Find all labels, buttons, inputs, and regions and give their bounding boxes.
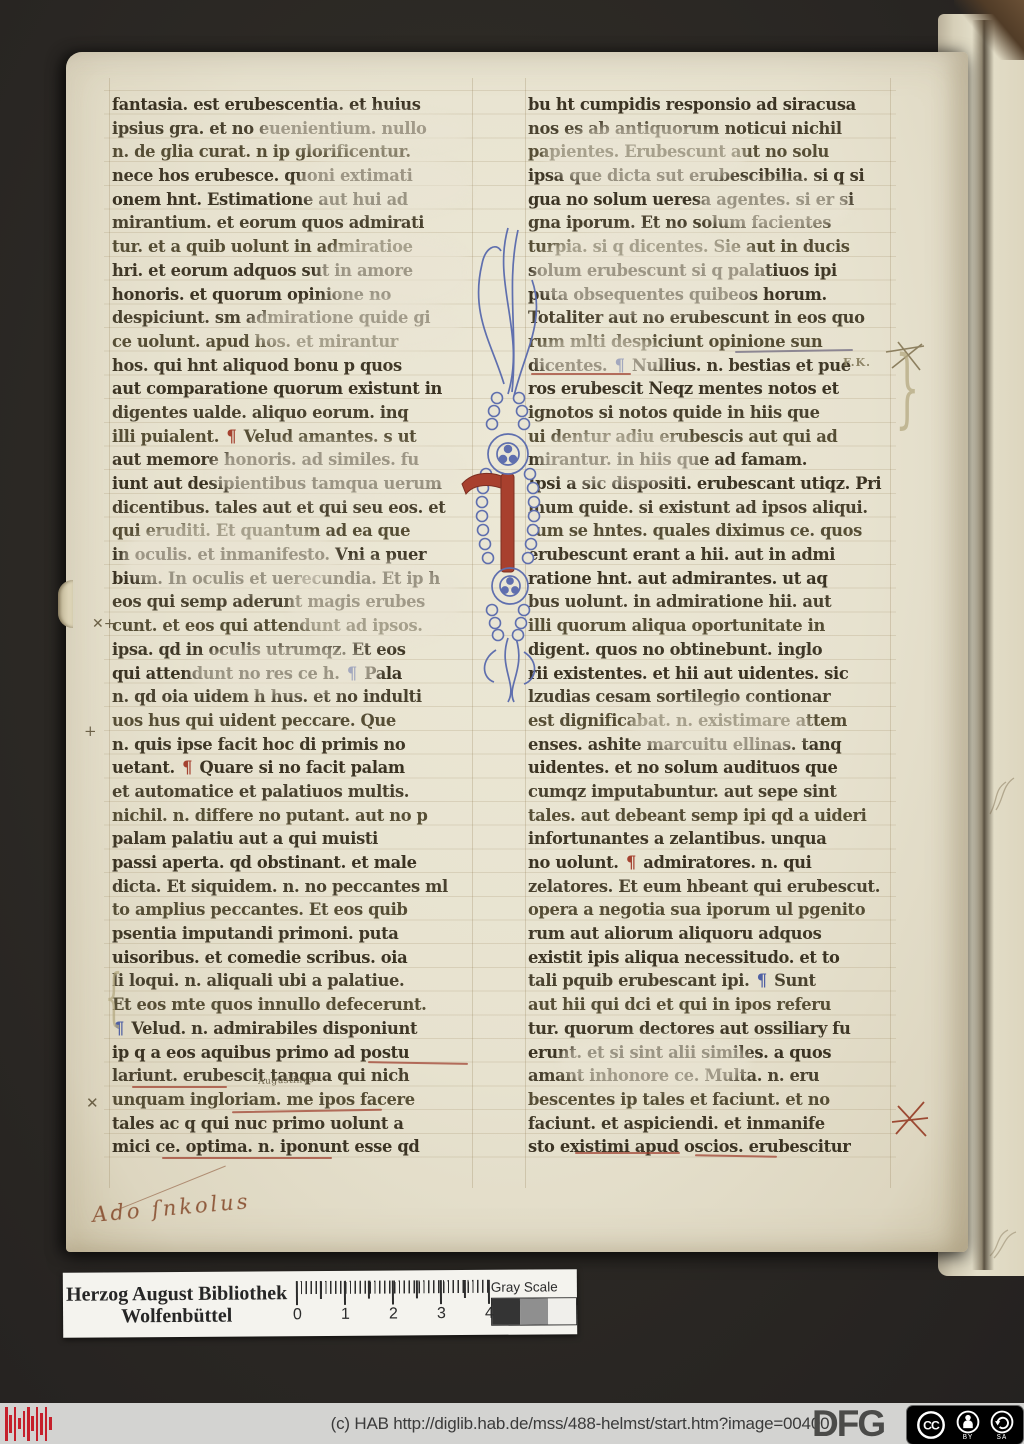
gutter-crease bbox=[972, 20, 994, 1270]
manuscript-line: despiciunt. sm admiratione quide gi bbox=[112, 306, 476, 330]
manuscript-line: qui attendunt no res ce h. ¶ Pala bbox=[112, 662, 476, 686]
manuscript-line: ui dentur adiu erubescis aut qui ad bbox=[528, 425, 892, 449]
capitulum-mark: ¶ bbox=[224, 427, 238, 446]
manuscript-line: Ipsi a sic dispositi. erubescant utiqz. … bbox=[528, 472, 892, 496]
manuscript-line: digentes ualde. aliquo eorum. inq bbox=[112, 401, 476, 425]
pen-flourished-initial bbox=[452, 222, 564, 708]
digitized-manuscript-viewer: fantasia. est erubescentia. et huiusipsi… bbox=[0, 0, 1024, 1444]
next-page-marginalia bbox=[986, 770, 1020, 820]
manuscript-line: palam palatiu aut a qui muisti bbox=[112, 827, 476, 851]
gray-patch-light bbox=[548, 1298, 576, 1324]
cc-by-person-icon bbox=[955, 1409, 981, 1435]
dfg-logo: DFG bbox=[812, 1402, 884, 1443]
annotation-underline bbox=[575, 1152, 680, 1154]
manuscript-line: illi puialent. ¶ Velud amantes. s ut bbox=[112, 425, 476, 449]
manuscript-line: bus uolunt. in admiratione hii. aut bbox=[528, 590, 892, 614]
manuscript-line: infortunantes a zelantibus. unqua bbox=[528, 827, 892, 851]
manuscript-line: illi quorum aliqua oportunitate in bbox=[528, 614, 892, 638]
manuscript-line: unquam ingloriam. me ipos facere bbox=[112, 1088, 476, 1112]
manuscript-line: fantasia. est erubescentia. et huius bbox=[112, 93, 476, 117]
margin-brace-right: } bbox=[895, 338, 920, 438]
cross-glyph: + bbox=[84, 722, 97, 740]
manuscript-line: digent. quos no obtinebunt. inglo bbox=[528, 638, 892, 662]
manuscript-line: zelatores. Et eum hbeant qui erubescut. bbox=[528, 875, 892, 899]
footer-bar: (c) HAB http://diglib.hab.de/mss/488-hel… bbox=[0, 1403, 1024, 1444]
manuscript-line: ratione hnt. aut admirantes. ut aq bbox=[528, 567, 892, 591]
manuscript-line: existit ipis aliqua necessitudo. et to bbox=[528, 946, 892, 970]
manuscript-line: aut memore honoris. ad similes. fu bbox=[112, 448, 476, 472]
manuscript-line: eos qui semp aderunt magis erubes bbox=[112, 590, 476, 614]
manuscript-line: to amplius peccantes. Et eos quib bbox=[112, 898, 476, 922]
manuscript-line: tum se hntes. quales diximus ce. quos bbox=[528, 519, 892, 543]
manuscript-column-left: fantasia. est erubescentia. et huiusipsi… bbox=[112, 93, 476, 1159]
manuscript-line: rii existentes. et hii aut uidentes. sic bbox=[528, 662, 892, 686]
manuscript-line: solum erubescunt si q palatiuos ipi bbox=[528, 259, 892, 283]
manuscript-line: hri. et eorum adquos sut in amore bbox=[112, 259, 476, 283]
scale-mid-tick bbox=[416, 1280, 418, 1298]
manuscript-line: li loqui. n. aliquali ubi a palatiue. bbox=[112, 969, 476, 993]
manuscript-line: ¶ Velud. n. admirabiles disponiunt bbox=[112, 1017, 476, 1041]
capitulum-mark: ¶ bbox=[624, 853, 638, 872]
manuscript-line: gna iporum. Et no solum facientes bbox=[528, 211, 892, 235]
manuscript-line: mum quide. si existunt ad ipsos aliqui. bbox=[528, 496, 892, 520]
manuscript-line: papientes. Erubescunt aut no solu bbox=[528, 140, 892, 164]
scale-number: 3 bbox=[433, 1305, 449, 1323]
margin-cross-icon: + bbox=[84, 722, 97, 740]
scale-minor-ticks bbox=[296, 1279, 492, 1293]
manuscript-line: tur. et a quib uolunt in admiratioe bbox=[112, 235, 476, 259]
margin-cross-icon: ✕ bbox=[86, 1094, 99, 1112]
cc-sa-label: SA bbox=[997, 1435, 1007, 1442]
manuscript-line: uos hus qui uident peccare. Que bbox=[112, 709, 476, 733]
manuscript-line: no uolunt. ¶ admiratores. n. qui bbox=[528, 851, 892, 875]
scale-mid-tick bbox=[464, 1279, 466, 1297]
manuscript-line: bescentes ip tales et faciunt. et no bbox=[528, 1088, 892, 1112]
manuscript-column-right: bu ht cumpidis responsio ad siracusanos … bbox=[528, 93, 892, 1159]
manuscript-line: bium. In oculis et uerecundia. Et ip h bbox=[112, 567, 476, 591]
manuscript-line: mirantur. in hiis que ad famam. bbox=[528, 448, 892, 472]
manuscript-line: dicentibus. tales aut et qui seu eos. et bbox=[112, 496, 476, 520]
scale-number: 4 bbox=[481, 1304, 497, 1322]
manuscript-line: opera a negotia sua iporum ul pgenito bbox=[528, 898, 892, 922]
scale-major-tick bbox=[344, 1280, 346, 1304]
manuscript-line: enses. ashite marcuitu ellinas. tanq bbox=[528, 733, 892, 757]
manuscript-line: est dignificabat. n. existimare attem bbox=[528, 709, 892, 733]
cc-icon: CC bbox=[915, 1409, 947, 1441]
brace-glyph: } bbox=[895, 338, 920, 438]
manuscript-line: erunt. et si sint alii similes. a quos bbox=[528, 1041, 892, 1065]
scale-major-tick bbox=[392, 1280, 394, 1304]
manuscript-line: passi aperta. qd obstinant. et male bbox=[112, 851, 476, 875]
scale-major-tick bbox=[488, 1279, 490, 1303]
annotation-underline bbox=[132, 1086, 227, 1088]
manuscript-line: mici ce. optima. n. iponunt esse qd bbox=[112, 1135, 476, 1159]
manuscript-line: cunt. et eos qui attendunt ad ipsos. bbox=[112, 614, 476, 638]
manuscript-line: honoris. et quorum opinione no bbox=[112, 283, 476, 307]
manuscript-line: lzudias cesam sortilegio contionar bbox=[528, 685, 892, 709]
manuscript-line: tur. quorum dectores aut ossiliary fu bbox=[528, 1017, 892, 1041]
library-label-strip: Herzog August Bibliothek Wolfenbüttel 0 … bbox=[63, 1269, 577, 1338]
manuscript-line: onem hnt. Estimatione aut hui ad bbox=[112, 188, 476, 212]
leather-index-tab bbox=[58, 580, 73, 628]
annotation-underline bbox=[162, 1157, 332, 1159]
capitulum-mark: ¶ bbox=[345, 664, 359, 683]
manuscript-line: aut hii qui dci et qui in ipos referu bbox=[528, 993, 892, 1017]
capitulum-mark: ¶ bbox=[180, 758, 194, 777]
manuscript-line: n. de glia curat. n ip glorificentur. bbox=[112, 140, 476, 164]
manuscript-line: hos. qui hnt aliquod bonu p quos bbox=[112, 354, 476, 378]
manuscript-line: ip q a eos aquibus primo ad postu bbox=[112, 1041, 476, 1065]
measurement-scale: 0 1 2 3 4 bbox=[294, 1274, 485, 1331]
manuscript-line: uidentes. et no solum audituos que bbox=[528, 756, 892, 780]
scale-major-tick bbox=[296, 1281, 298, 1305]
cc-by-label: BY bbox=[963, 1435, 973, 1442]
cc-sa-arrow-icon bbox=[989, 1409, 1015, 1435]
library-name-line1: Herzog August Bibliothek bbox=[63, 1282, 290, 1306]
manuscript-line: turpia. si q dicentes. Sie aut in ducis bbox=[528, 235, 892, 259]
hab-logo bbox=[5, 1406, 52, 1441]
annotation-underline bbox=[531, 373, 631, 375]
manuscript-line: nichil. n. differe no putant. aut no p bbox=[112, 804, 476, 828]
manuscript-line: et automatice et palatiuos multis. bbox=[112, 780, 476, 804]
next-page-marginalia bbox=[986, 1222, 1020, 1262]
cc-by: BY bbox=[955, 1409, 981, 1442]
manuscript-line: faciunt. et aspiciendi. et inmanife bbox=[528, 1112, 892, 1136]
manuscript-line: amant inhonore ce. Multa. n. eru bbox=[528, 1064, 892, 1088]
manuscript-line: tali pquib erubescant ipi. ¶ Sunt bbox=[528, 969, 892, 993]
manuscript-line: ce uolunt. apud hos. et mirantur bbox=[112, 330, 476, 354]
manuscript-line: ignotos si notos quide in hiis que bbox=[528, 401, 892, 425]
manuscript-line: iunt aut desipientibus tamqua uerum bbox=[112, 472, 476, 496]
manuscript-line: Totaliter aut no erubescunt in eos quo bbox=[528, 306, 892, 330]
cc-logo: CC bbox=[915, 1409, 947, 1441]
brace-glyph: { bbox=[105, 960, 123, 1033]
manuscript-line: n. qd oia uidem h hus. et no indulti bbox=[112, 685, 476, 709]
margin-cross-icon: ✕+ bbox=[92, 616, 115, 632]
manuscript-line: dicta. Et siquidem. n. no peccantes ml bbox=[112, 875, 476, 899]
manuscript-line: nos es ab antiquorum noticui nichil bbox=[528, 117, 892, 141]
red-x-mark-icon bbox=[888, 1096, 932, 1140]
cross-glyph: + bbox=[104, 616, 116, 632]
gray-scale-block: Gray Scale bbox=[491, 1279, 577, 1326]
manuscript-line: uisoribus. et comedie scribus. oia bbox=[112, 946, 476, 970]
interlinear-note: Augustinus bbox=[258, 1075, 315, 1087]
manuscript-line: cumqz imputabuntur. aut sepe sint bbox=[528, 780, 892, 804]
library-name: Herzog August Bibliothek Wolfenbüttel bbox=[63, 1282, 291, 1328]
interlinear-note-text: Augustinus bbox=[258, 1075, 315, 1087]
manuscript-line: ipsa. qd in oculis utrumqz. Et eos bbox=[112, 638, 476, 662]
capitulum-mark: ¶ bbox=[755, 971, 769, 990]
gray-scale-label: Gray Scale bbox=[491, 1279, 577, 1295]
manuscript-line: uetant. ¶ Quare si no facit palam bbox=[112, 756, 476, 780]
manuscript-line: Et eos mte quos innullo defecerunt. bbox=[112, 993, 476, 1017]
library-name-line2: Wolfenbüttel bbox=[63, 1304, 290, 1328]
manuscript-line: nece hos erubesce. quoni extimati bbox=[112, 164, 476, 188]
manuscript-line: gua no solum ueresa agentes. si er si bbox=[528, 188, 892, 212]
margin-note-text: F.K. bbox=[843, 356, 871, 369]
manuscript-line: mirantium. et eorum quos admirati bbox=[112, 211, 476, 235]
manuscript-line: puta obsequentes quibeos horum. bbox=[528, 283, 892, 307]
scale-mid-tick bbox=[368, 1280, 370, 1298]
margin-note-initials: F.K. bbox=[843, 356, 871, 369]
gray-scale-patches bbox=[491, 1297, 577, 1326]
manuscript-line: aut comparatione quorum existunt in bbox=[112, 377, 476, 401]
margin-brace-left: { bbox=[105, 960, 123, 1033]
scale-number: 0 bbox=[289, 1306, 305, 1324]
manuscript-line: in oculis. et inmanifesto. Vni a puer bbox=[112, 543, 476, 567]
manuscript-line: ipsius gra. et no euenientium. nullo bbox=[112, 117, 476, 141]
cc-license-badge: CC BY SA bbox=[906, 1405, 1024, 1444]
cc-sa: SA bbox=[989, 1409, 1015, 1442]
book-corner bbox=[954, 0, 1024, 60]
manuscript-line: tales ac q qui nuc primo uolunt a bbox=[112, 1112, 476, 1136]
manuscript-line: rum aut aliorum aliquoru adquos bbox=[528, 922, 892, 946]
manuscript-line: tales. aut debeant semp ipi qd a uideri bbox=[528, 804, 892, 828]
manuscript-line: ros erubescit Neqz mentes notos et bbox=[528, 377, 892, 401]
copyright-text: (c) HAB http://diglib.hab.de/mss/488-hel… bbox=[330, 1403, 830, 1444]
manuscript-line: psentia imputandi primoni. puta bbox=[112, 922, 476, 946]
scale-mid-tick bbox=[320, 1280, 322, 1298]
scale-number: 2 bbox=[385, 1305, 401, 1323]
manuscript-line: erubescunt erant a hii. aut in admi bbox=[528, 543, 892, 567]
capitulum-mark: ¶ bbox=[613, 356, 627, 375]
scale-major-tick bbox=[440, 1280, 442, 1304]
gray-patch-mid bbox=[520, 1298, 548, 1324]
svg-text:CC: CC bbox=[923, 1419, 940, 1433]
scale-number: 1 bbox=[337, 1305, 353, 1323]
manuscript-line: n. quis ipse facit hoc di primis no bbox=[112, 733, 476, 757]
manuscript-line: bu ht cumpidis responsio ad siracusa bbox=[528, 93, 892, 117]
manuscript-line: qui eruditi. Et quantum ad ea que bbox=[112, 519, 476, 543]
manuscript-line: ipsa que dicta sut erubescibilia. si q s… bbox=[528, 164, 892, 188]
